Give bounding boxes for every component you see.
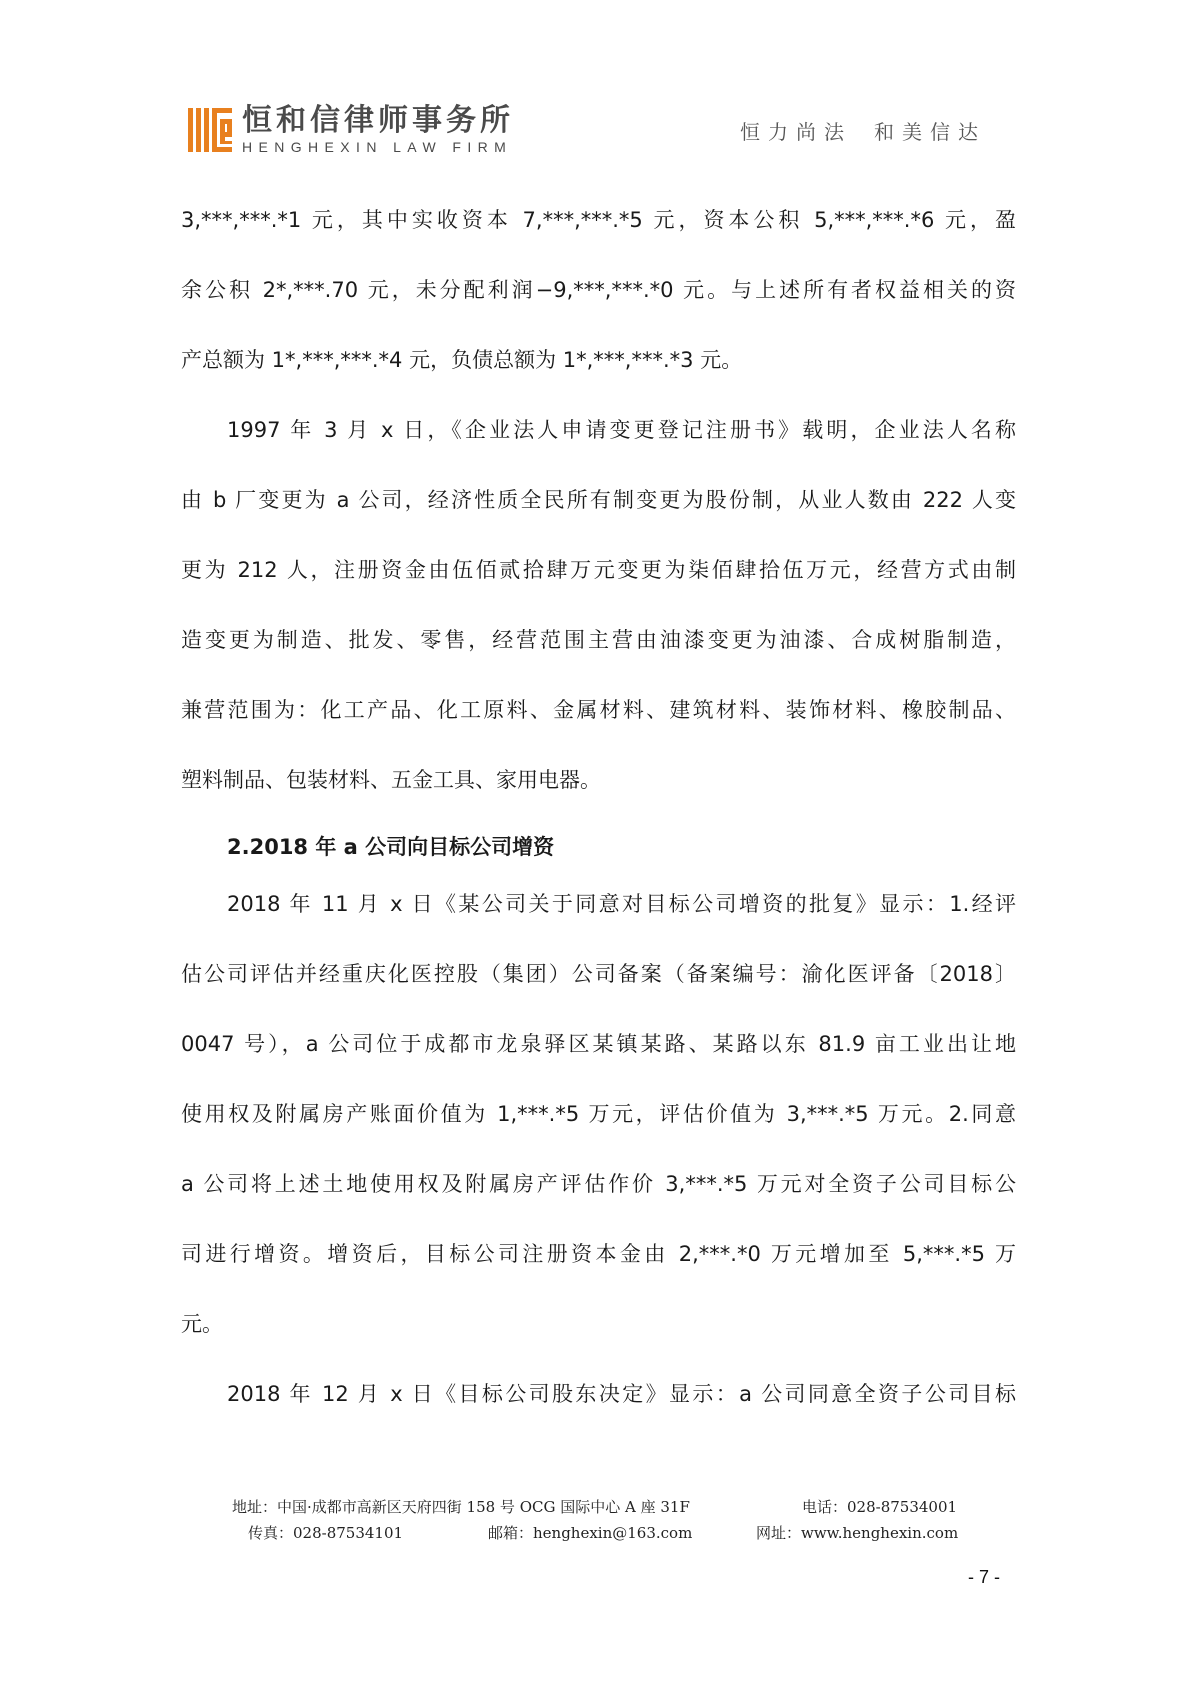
text-line: 2018 年 12 月 x 日《目标公司股东决定》显示：a 公司同意全资子公司目… (181, 1359, 1016, 1429)
document-body: 3,***,***.*1 元，其中实收资本 7,***,***.*5 元，资本公… (181, 185, 1016, 1429)
firm-name-cn: 恒和信律师事务所 (242, 105, 514, 137)
text-line: 产总额为 1*,***,***.*4 元，负债总额为 1*,***,***.*3… (181, 325, 1016, 395)
text-line: 3,***,***.*1 元，其中实收资本 7,***,***.*5 元，资本公… (181, 185, 1016, 255)
text-line: a 公司将上述土地使用权及附属房产评估作价 3,***.*5 万元对全资子公司目… (181, 1149, 1016, 1219)
paragraph-shareholder-decision: 2018 年 12 月 x 日《目标公司股东决定》显示：a 公司同意全资子公司目… (181, 1359, 1016, 1429)
footer-phone: 电话：028-87534001 (802, 1496, 957, 1517)
text-line: 元。 (181, 1289, 1016, 1359)
text-line: 司进行增资。增资后，目标公司注册资本金由 2,***.*0 万元增加至 5,**… (181, 1219, 1016, 1289)
text-line: 使用权及附属房产账面价值为 1,***.*5 万元，评估价值为 3,***.*5… (181, 1079, 1016, 1149)
firm-logo-icon (188, 108, 232, 152)
firm-logo: 恒和信律师事务所 HENGHEXIN LAW FIRM (188, 105, 514, 155)
text-line: 塑料制品、包装材料、五金工具、家用电器。 (181, 745, 1016, 815)
footer-fax: 传真：028-87534101 (248, 1522, 403, 1543)
text-line: 估公司评估并经重庆化医控股（集团）公司备案（备案编号：渝化医评备〔2018〕 (181, 939, 1016, 1009)
text-line: 1997 年 3 月 x 日，《企业法人申请变更登记注册书》载明，企业法人名称 (181, 395, 1016, 465)
footer-address: 地址：中国·成都市高新区天府四街 158 号 OCG 国际中心 A 座 31F (232, 1496, 690, 1517)
paragraph-1997-change: 1997 年 3 月 x 日，《企业法人申请变更登记注册书》载明，企业法人名称 … (181, 395, 1016, 815)
text-line: 2018 年 11 月 x 日《某公司关于同意对目标公司增资的批复》显示：1.经… (181, 869, 1016, 939)
text-line: 余公积 2*,***.70 元，未分配利润−9,***,***.*0 元。与上述… (181, 255, 1016, 325)
page-number: - 7 - (968, 1567, 1000, 1588)
text-line: 兼营范围为：化工产品、化工原料、金属材料、建筑材料、装饰材料、橡胶制品、 (181, 675, 1016, 745)
page-header: 恒和信律师事务所 HENGHEXIN LAW FIRM 恒力尚法和美信达 (0, 0, 1190, 160)
slogan-part-1: 恒力尚法 (740, 120, 852, 144)
paragraph-2018-approval: 2018 年 11 月 x 日《某公司关于同意对目标公司增资的批复》显示：1.经… (181, 869, 1016, 1359)
firm-slogan: 恒力尚法和美信达 (740, 116, 986, 145)
text-line: 更为 212 人，注册资金由伍佰贰拾肆万元变更为柒佰肆拾伍万元，经营方式由制 (181, 535, 1016, 605)
text-line: 造变更为制造、批发、零售，经营范围主营由油漆变更为油漆、合成树脂制造， (181, 605, 1016, 675)
footer-email[interactable]: 邮箱：henghexin@163.com (488, 1522, 692, 1543)
text-line: 由 b 厂变更为 a 公司，经济性质全民所有制变更为股份制，从业人数由 222 … (181, 465, 1016, 535)
slogan-part-2: 和美信达 (874, 120, 986, 144)
firm-name-en: HENGHEXIN LAW FIRM (242, 139, 514, 155)
section-heading: 2.2018 年 a 公司向目标公司增资 (181, 825, 1016, 869)
footer-website[interactable]: 网址：www.henghexin.com (756, 1522, 958, 1543)
paragraph-equity: 3,***,***.*1 元，其中实收资本 7,***,***.*5 元，资本公… (181, 185, 1016, 395)
text-line: 0047 号），a 公司位于成都市龙泉驿区某镇某路、某路以东 81.9 亩工业出… (181, 1009, 1016, 1079)
